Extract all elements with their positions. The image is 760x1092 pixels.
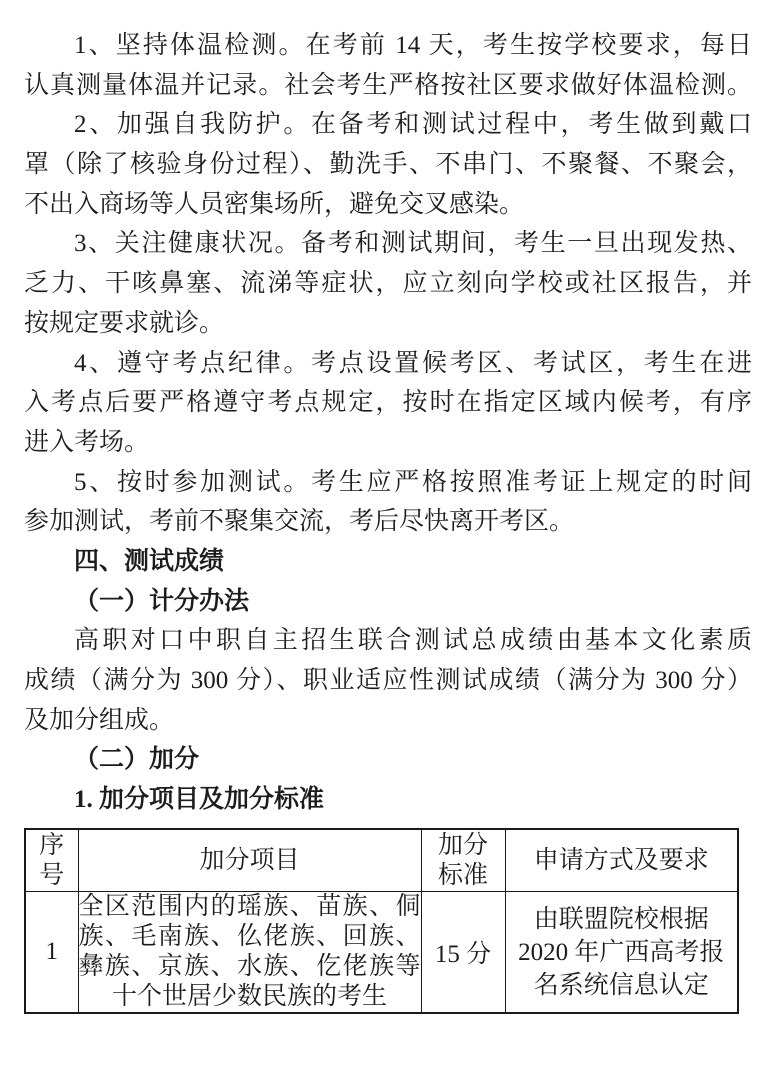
body-paragraph: 5、按时参加测试。考生应严格按照准考证上规定的时间参加测试，考前不聚集交流，考后… — [24, 463, 752, 542]
text-line: 5、按时参加测试。考生应严格按照准考证上规定的时间 — [24, 463, 752, 503]
standard-header: 加分标准 — [421, 829, 505, 892]
method-header: 申请方式及要求 — [505, 829, 738, 892]
text-line: 及加分组成。 — [24, 701, 752, 741]
item-header: 加分项目 — [78, 829, 421, 892]
text-line: 不出入商场等人员密集场所，避免交叉感染。 — [24, 185, 752, 225]
body-paragraph: 高职对口中职自主招生联合测试总成绩由基本文化素质成绩（满分为 300 分）、职业… — [24, 621, 752, 740]
text-line: 成绩（满分为 300 分）、职业适应性测试成绩（满分为 300 分） — [24, 661, 752, 701]
text-line: 1. 加分项目及加分标准 — [24, 780, 752, 820]
method-line: 名系统信息认定 — [506, 969, 738, 1002]
method-cell: 由联盟院校根据2020 年广西高考报名系统信息认定 — [505, 892, 738, 1014]
section-heading: （二）加分 — [24, 740, 752, 780]
standard-cell: 15 分 — [421, 892, 505, 1014]
text-line: 高职对口中职自主招生联合测试总成绩由基本文化素质 — [24, 621, 752, 661]
seq-cell: 1 — [25, 892, 78, 1014]
item-line: 彝族、京族、水族、仡佬族等 — [79, 952, 421, 982]
body-paragraph: 1、坚持体温检测。在考前 14 天，考生按学校要求，每日认真测量体温并记录。社会… — [24, 26, 752, 105]
text-line: 4、遵守考点纪律。考点设置候考区、考试区，考生在进 — [24, 344, 752, 384]
header-line: 序 — [26, 831, 78, 861]
text-line: 认真测量体温并记录。社会考生严格按社区要求做好体温检测。 — [24, 66, 752, 106]
section-heading: 1. 加分项目及加分标准 — [24, 780, 752, 820]
table-header-row: 序号加分项目加分标准申请方式及要求 — [25, 829, 738, 892]
text-line: 按规定要求就诊。 — [24, 304, 752, 344]
bonus-points-table: 序号加分项目加分标准申请方式及要求 1全区范围内的瑶族、苗族、侗族、毛南族、仫佬… — [24, 828, 739, 1015]
table-body: 1全区范围内的瑶族、苗族、侗族、毛南族、仫佬族、回族、彝族、京族、水族、仡佬族等… — [25, 892, 738, 1014]
text-line: 3、关注健康状况。备考和测试期间，考生一旦出现发热、 — [24, 224, 752, 264]
method-line: 由联盟院校根据 — [506, 903, 738, 936]
text-line: 参加测试，考前不聚集交流，考后尽快离开考区。 — [24, 502, 752, 542]
text-line: 四、测试成绩 — [24, 542, 752, 582]
seq-header: 序号 — [25, 829, 78, 892]
text-line: 2、加强自我防护。在备考和测试过程中，考生做到戴口 — [24, 105, 752, 145]
document-body: 1、坚持体温检测。在考前 14 天，考生按学校要求，每日认真测量体温并记录。社会… — [24, 26, 752, 820]
text-line: （二）加分 — [24, 740, 752, 780]
item-line: 十个世居少数民族的考生 — [79, 982, 421, 1012]
item-line: 全区范围内的瑶族、苗族、侗 — [79, 892, 421, 922]
text-line: 进入考场。 — [24, 423, 752, 463]
text-line: 乏力、干咳鼻塞、流涕等症状，应立刻向学校或社区报告，并 — [24, 264, 752, 304]
header-line: 标准 — [422, 861, 505, 891]
document-page: 1、坚持体温检测。在考前 14 天，考生按学校要求，每日认真测量体温并记录。社会… — [0, 0, 760, 1092]
header-line: 号 — [26, 861, 78, 891]
text-line: （一）计分办法 — [24, 582, 752, 622]
text-line: 1、坚持体温检测。在考前 14 天，考生按学校要求，每日 — [24, 26, 752, 66]
header-line: 申请方式及要求 — [506, 846, 738, 876]
text-line: 罩（除了核验身份过程）、勤洗手、不串门、不聚餐、不聚会， — [24, 145, 752, 185]
text-line: 入考点后要严格遵守考点规定，按时在指定区域内候考，有序 — [24, 383, 752, 423]
section-heading: 四、测试成绩 — [24, 542, 752, 582]
item-line: 族、毛南族、仫佬族、回族、 — [79, 922, 421, 952]
method-line: 2020 年广西高考报 — [506, 936, 738, 969]
header-line: 加分 — [422, 831, 505, 861]
item-cell: 全区范围内的瑶族、苗族、侗族、毛南族、仫佬族、回族、彝族、京族、水族、仡佬族等十… — [78, 892, 421, 1014]
section-heading: （一）计分办法 — [24, 582, 752, 622]
header-line: 加分项目 — [79, 846, 421, 876]
body-paragraph: 4、遵守考点纪律。考点设置候考区、考试区，考生在进入考点后要严格遵守考点规定，按… — [24, 344, 752, 463]
table-row: 1全区范围内的瑶族、苗族、侗族、毛南族、仫佬族、回族、彝族、京族、水族、仡佬族等… — [25, 892, 738, 1014]
body-paragraph: 2、加强自我防护。在备考和测试过程中，考生做到戴口罩（除了核验身份过程）、勤洗手… — [24, 105, 752, 224]
body-paragraph: 3、关注健康状况。备考和测试期间，考生一旦出现发热、乏力、干咳鼻塞、流涕等症状，… — [24, 224, 752, 343]
table-row: 序号加分项目加分标准申请方式及要求 — [25, 829, 738, 892]
